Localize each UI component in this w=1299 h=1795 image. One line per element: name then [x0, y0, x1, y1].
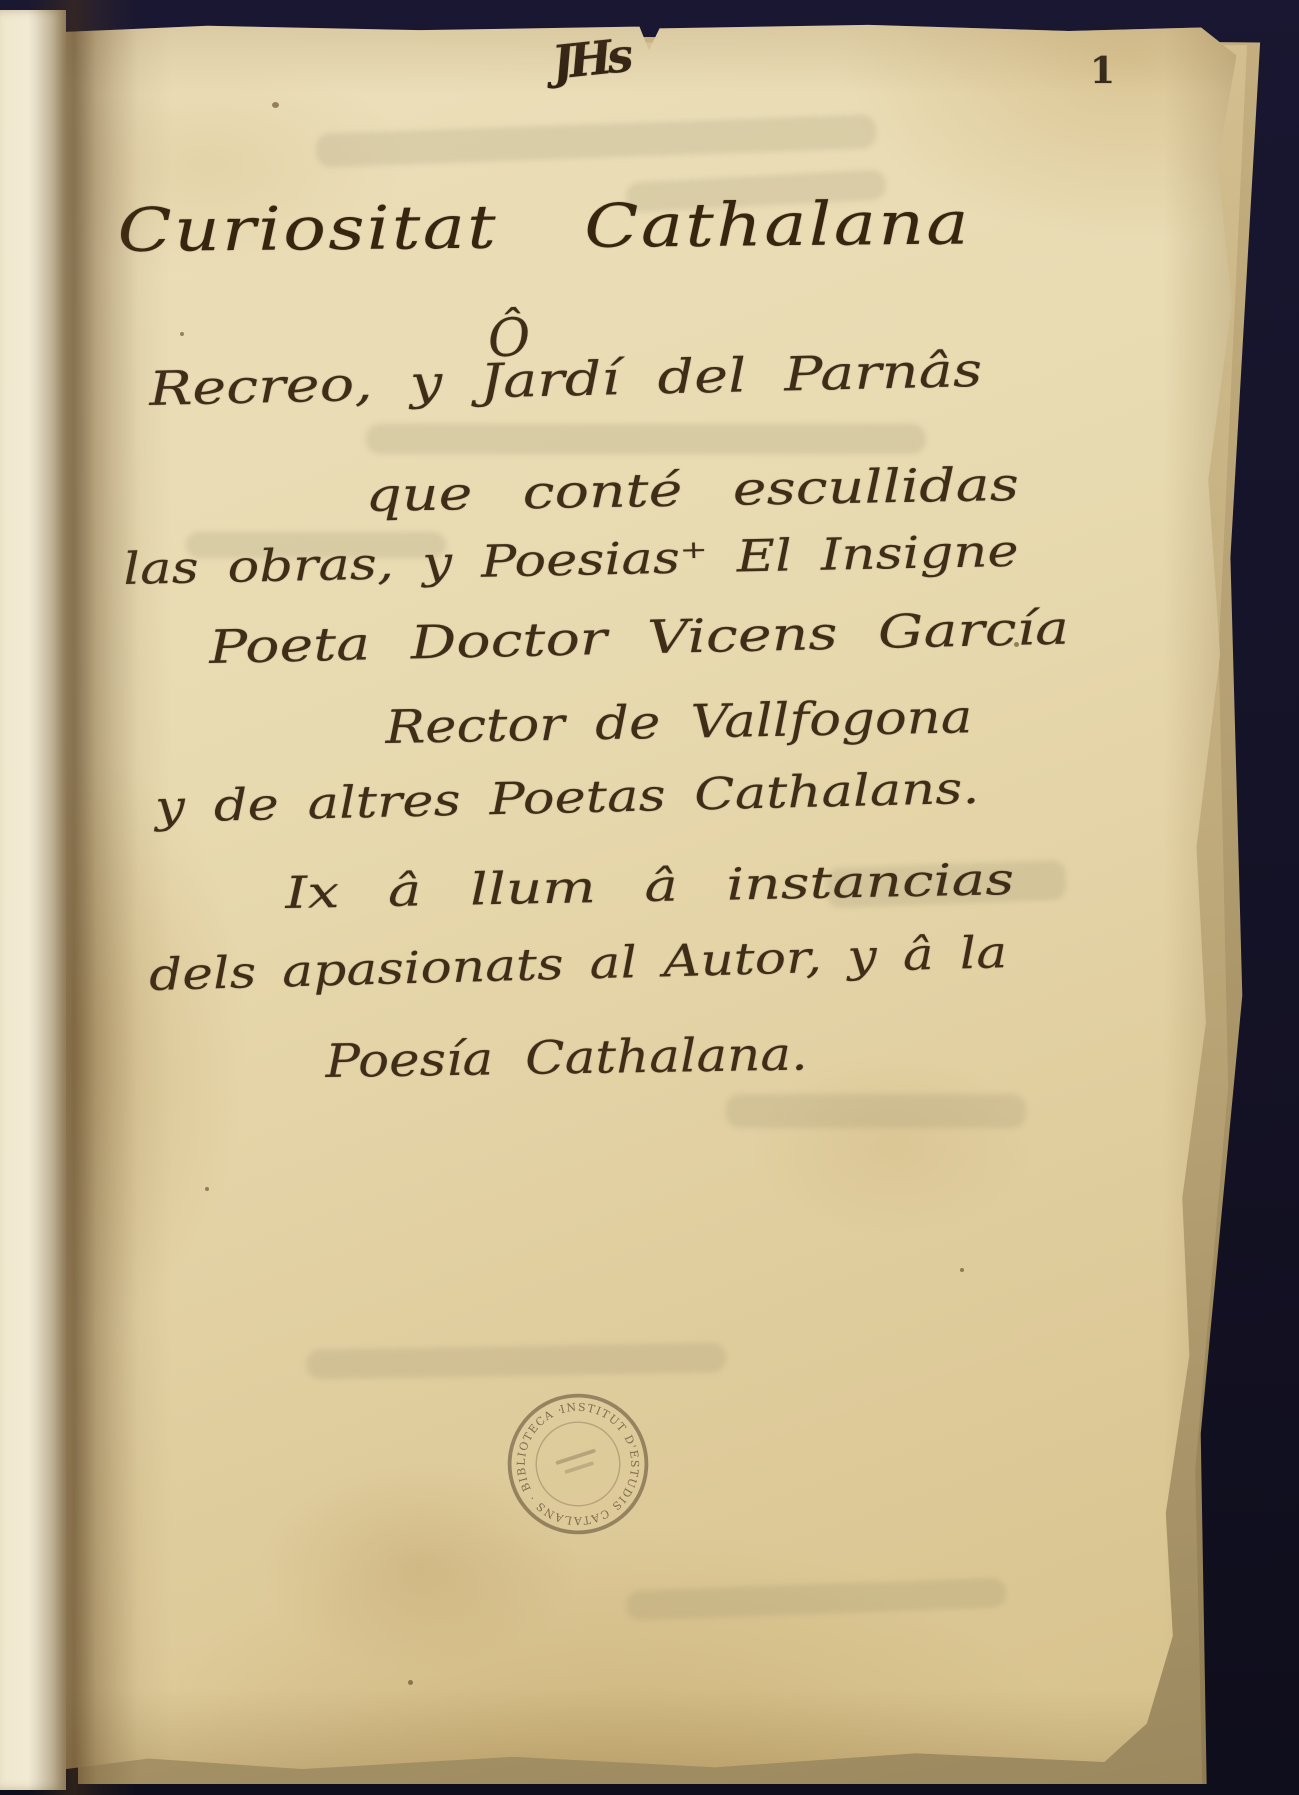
stamp-center-mark-2 — [564, 1461, 594, 1474]
manuscript-scan: JHs 1 Curiositat Cathalana Ô Recreo, y J… — [0, 0, 1299, 1795]
title-line: Curiositat Cathalana — [117, 188, 971, 266]
bleed-through-smudge — [626, 1577, 1007, 1620]
text-line-7: y de altres Poetas Cathalans. — [154, 763, 980, 833]
closing-line: Poesía Cathalana. — [325, 1026, 808, 1088]
text-line-4: las obras, y Poesias⁺ El Insigne — [123, 526, 1020, 595]
text-line-9: dels apasionats al Autor, y â la — [148, 927, 1008, 1001]
foxing-speck — [272, 102, 279, 108]
author-line: Poeta Doctor Vicens García — [208, 601, 1070, 674]
text-line-8: Ix â llum â instancias — [284, 854, 1014, 919]
manuscript-page: JHs 1 Curiositat Cathalana Ô Recreo, y J… — [66, 24, 1246, 1776]
text-line-3: que conté escullidas — [365, 457, 1020, 522]
subtitle-line: Recreo, y Jardí del Parnâs — [148, 343, 983, 417]
foxing-speck — [180, 332, 184, 336]
bleed-through-smudge — [316, 114, 877, 168]
svg-text:INSTITUT D'ESTUDIS CATALANS ·: INSTITUT D'ESTUDIS CATALANS · BIBLIOTECA… — [498, 1384, 658, 1543]
stamp-ring-text: INSTITUT D'ESTUDIS CATALANS · BIBLIOTECA… — [498, 1384, 658, 1543]
library-stamp: INSTITUT D'ESTUDIS CATALANS · BIBLIOTECA… — [482, 1368, 674, 1560]
page-number: 1 — [1090, 50, 1115, 92]
rector-line: Rector de Vallfogona — [385, 689, 973, 754]
bleed-through-smudge — [366, 424, 926, 454]
bleed-through-smudge — [726, 1094, 1026, 1128]
bleed-through-smudge — [306, 1342, 726, 1379]
foxing-speck — [960, 1268, 964, 1272]
foxing-speck — [408, 1680, 413, 1685]
facing-flyleaf — [0, 10, 66, 1790]
foxing-speck — [205, 1187, 209, 1191]
jhs-monogram: JHs — [549, 28, 630, 90]
